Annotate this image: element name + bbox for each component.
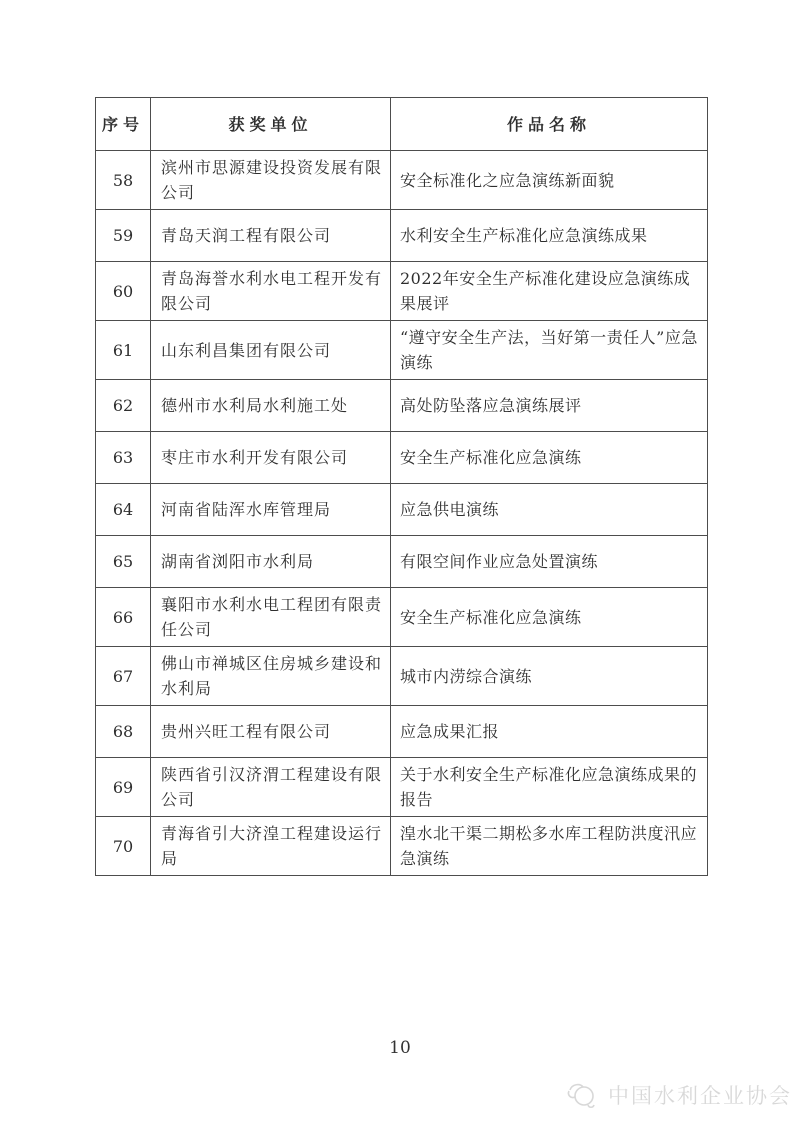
table-row: 70 青海省引大济湟工程建设运行局 湟水北干渠二期松多水库工程防洪度汛应急演练	[96, 817, 708, 876]
table-row: 60 青岛海誉水利水电工程开发有限公司 2022年安全生产标准化建设应急演练成果…	[96, 262, 708, 321]
unit-cell: 山东利昌集团有限公司	[151, 321, 391, 380]
work-cell: 高处防坠落应急演练展评	[391, 380, 708, 432]
watermark-text: 中国水利企业协会	[608, 1080, 792, 1110]
col-header-work: 作品名称	[391, 98, 708, 151]
unit-cell: 青岛天润工程有限公司	[151, 210, 391, 262]
row-number: 69	[96, 758, 151, 817]
work-cell: 应急成果汇报	[391, 706, 708, 758]
row-number: 58	[96, 151, 151, 210]
work-cell: 2022年安全生产标准化建设应急演练成果展评	[391, 262, 708, 321]
work-cell: 安全生产标准化应急演练	[391, 432, 708, 484]
table-row: 59 青岛天润工程有限公司 水利安全生产标准化应急演练成果	[96, 210, 708, 262]
table-header-row: 序号 获奖单位 作品名称	[96, 98, 708, 151]
row-number: 61	[96, 321, 151, 380]
water-association-logo-icon	[564, 1080, 600, 1110]
page-number: 10	[0, 1038, 800, 1058]
col-header-unit: 获奖单位	[151, 98, 391, 151]
row-number: 67	[96, 647, 151, 706]
unit-cell: 德州市水利局水利施工处	[151, 380, 391, 432]
row-number: 64	[96, 484, 151, 536]
work-cell: 关于水利安全生产标准化应急演练成果的报告	[391, 758, 708, 817]
work-cell: 安全生产标准化应急演练	[391, 588, 708, 647]
work-cell: 有限空间作业应急处置演练	[391, 536, 708, 588]
work-cell: 湟水北干渠二期松多水库工程防洪度汛应急演练	[391, 817, 708, 876]
document-page: 序号 获奖单位 作品名称 58 滨州市思源建设投资发展有限公司 安全标准化之应急…	[0, 0, 800, 1131]
table-row: 68 贵州兴旺工程有限公司 应急成果汇报	[96, 706, 708, 758]
work-cell: “遵守安全生产法，当好第一责任人”应急演练	[391, 321, 708, 380]
row-number: 59	[96, 210, 151, 262]
table-row: 63 枣庄市水利开发有限公司 安全生产标准化应急演练	[96, 432, 708, 484]
col-header-no: 序号	[96, 98, 151, 151]
table-row: 66 襄阳市水利水电工程团有限责任公司 安全生产标准化应急演练	[96, 588, 708, 647]
row-number: 66	[96, 588, 151, 647]
awards-table: 序号 获奖单位 作品名称 58 滨州市思源建设投资发展有限公司 安全标准化之应急…	[95, 97, 708, 876]
row-number: 70	[96, 817, 151, 876]
work-cell: 水利安全生产标准化应急演练成果	[391, 210, 708, 262]
unit-cell: 河南省陆浑水库管理局	[151, 484, 391, 536]
row-number: 63	[96, 432, 151, 484]
row-number: 68	[96, 706, 151, 758]
unit-cell: 青海省引大济湟工程建设运行局	[151, 817, 391, 876]
unit-cell: 佛山市禅城区住房城乡建设和水利局	[151, 647, 391, 706]
unit-cell: 贵州兴旺工程有限公司	[151, 706, 391, 758]
table-row: 61 山东利昌集团有限公司 “遵守安全生产法，当好第一责任人”应急演练	[96, 321, 708, 380]
table-row: 64 河南省陆浑水库管理局 应急供电演练	[96, 484, 708, 536]
unit-cell: 湖南省浏阳市水利局	[151, 536, 391, 588]
unit-cell: 陕西省引汉济渭工程建设有限公司	[151, 758, 391, 817]
work-cell: 城市内涝综合演练	[391, 647, 708, 706]
table-row: 62 德州市水利局水利施工处 高处防坠落应急演练展评	[96, 380, 708, 432]
work-cell: 安全标准化之应急演练新面貌	[391, 151, 708, 210]
work-cell: 应急供电演练	[391, 484, 708, 536]
table-row: 69 陕西省引汉济渭工程建设有限公司 关于水利安全生产标准化应急演练成果的报告	[96, 758, 708, 817]
row-number: 65	[96, 536, 151, 588]
unit-cell: 滨州市思源建设投资发展有限公司	[151, 151, 391, 210]
unit-cell: 枣庄市水利开发有限公司	[151, 432, 391, 484]
unit-cell: 襄阳市水利水电工程团有限责任公司	[151, 588, 391, 647]
unit-cell: 青岛海誉水利水电工程开发有限公司	[151, 262, 391, 321]
table-row: 65 湖南省浏阳市水利局 有限空间作业应急处置演练	[96, 536, 708, 588]
row-number: 62	[96, 380, 151, 432]
table-row: 67 佛山市禅城区住房城乡建设和水利局 城市内涝综合演练	[96, 647, 708, 706]
table-row: 58 滨州市思源建设投资发展有限公司 安全标准化之应急演练新面貌	[96, 151, 708, 210]
watermark: 中国水利企业协会	[564, 1080, 792, 1110]
row-number: 60	[96, 262, 151, 321]
